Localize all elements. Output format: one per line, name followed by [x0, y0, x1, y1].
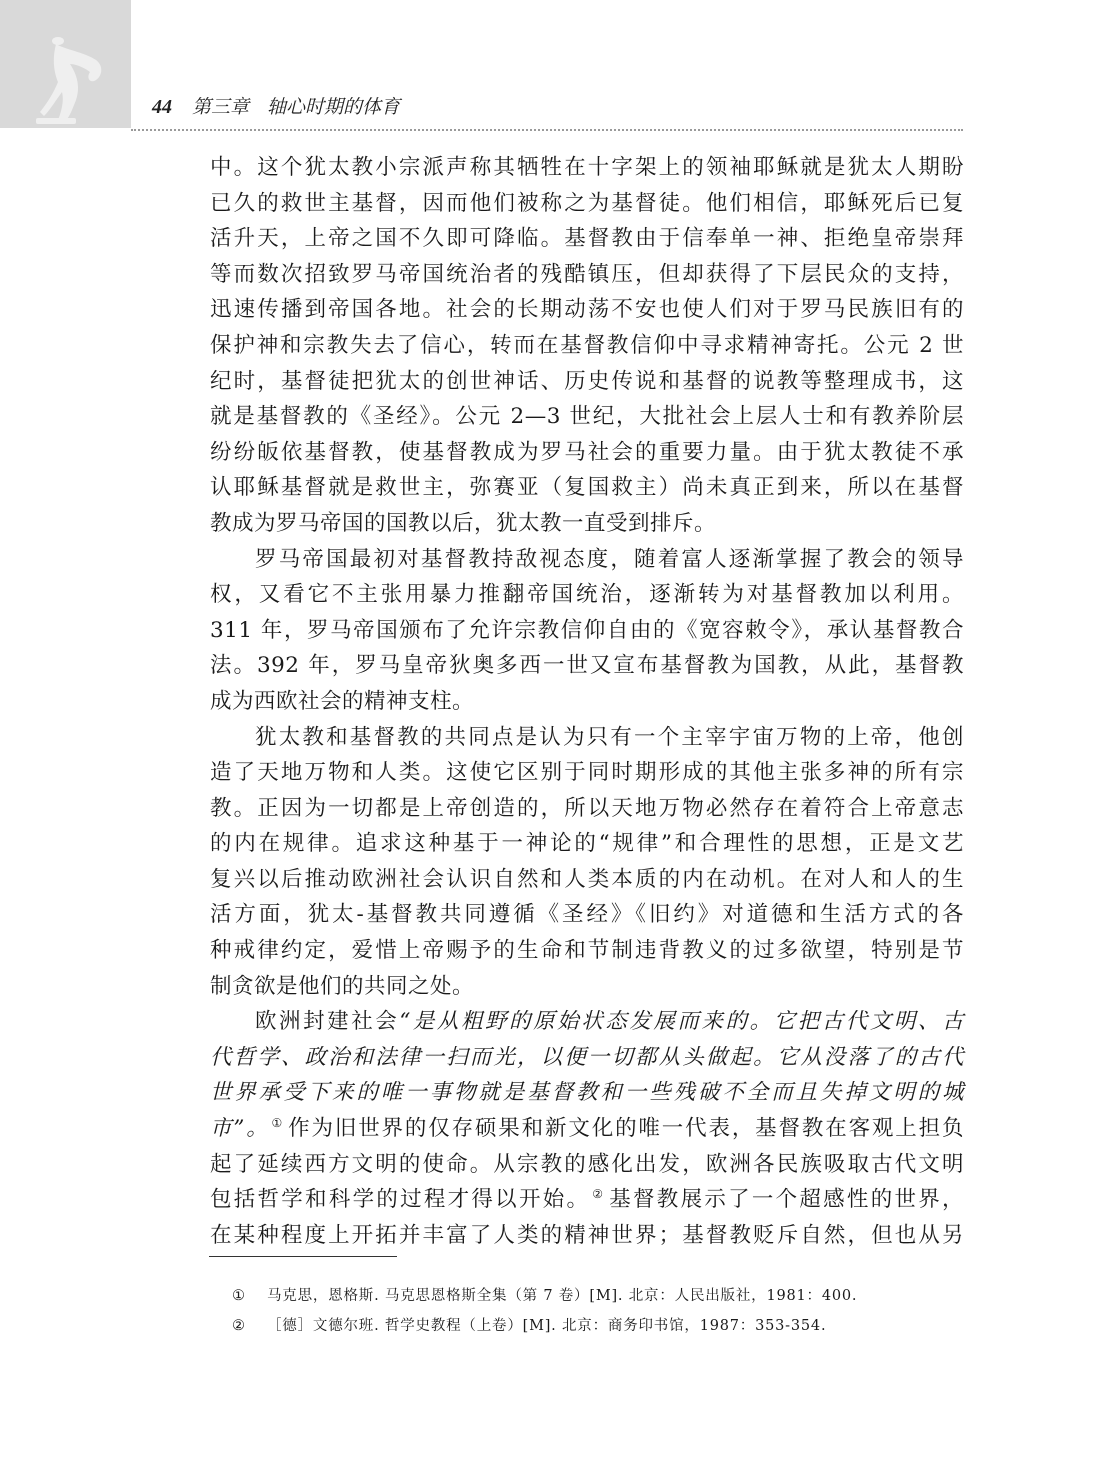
- header-divider: [131, 129, 963, 131]
- text-line: 的内在规律。追求这种基于一神论的“规律”和合理性的思想，正是文艺: [210, 826, 964, 862]
- footnote-1: ① 马克思，恩格斯. 马克思恩格斯全集（第 7 卷）[M]. 北京：人民出版社，…: [232, 1281, 972, 1311]
- text-line: 法。392 年，罗马皇帝狄奥多西一世又宣布基督教为国教，从此，基督教: [210, 648, 964, 684]
- footnote-divider: [209, 1256, 397, 1257]
- page-number: 44: [152, 96, 172, 119]
- footnote-ref-1[interactable]: ①: [272, 1116, 285, 1130]
- footnote-ref-2[interactable]: ②: [592, 1187, 605, 1201]
- text-line: 保护神和宗教失去了信心，转而在基督教信仰中寻求精神寄托。公元 2 世: [210, 328, 964, 364]
- text-line: 种戒律约定，爱惜上帝赐予的生命和节制违背教义的过多欲望，特别是节: [210, 933, 964, 969]
- text-line: 犹太教和基督教的共同点是认为只有一个主宰宇宙万物的上帝，他创: [210, 720, 964, 756]
- text-line: 权，又看它不主张用暴力推翻帝国统治，逐渐转为对基督教加以利用。: [210, 577, 964, 613]
- text-line: 复兴以后推动欧洲社会认识自然和人类本质的内在动机。在对人和人的生: [210, 862, 964, 898]
- footnote-2: ② ［德］文德尔班. 哲学史教程（上卷）[M]. 北京：商务印书馆，1987：3…: [232, 1311, 972, 1341]
- text-line: 造了天地万物和人类。这使它区别于同时期形成的其他主张多神的所有宗: [210, 755, 964, 791]
- text-line: 欧洲封建社会“是从粗野的原始状态发展而来的。它把古代文明、古: [210, 1004, 964, 1040]
- text-line: 纪时，基督徒把犹太的创世神话、历史传说和基督的说教等整理成书，这: [210, 364, 964, 400]
- text-line: 市”。①作为旧世界的仅存硕果和新文化的唯一代表，基督教在客观上担负: [210, 1111, 964, 1147]
- text-line: 等而数次招致罗马帝国统治者的残酷镇压，但却获得了下层民众的支持，: [210, 257, 964, 293]
- text-line: 起了延续西方文明的使命。从宗教的感化出发，欧洲各民族吸取古代文明: [210, 1147, 964, 1183]
- text-line: 纷纷皈依基督教，使基督教成为罗马社会的重要力量。由于犹太教徒不承: [210, 435, 964, 471]
- paragraphs-1-3: 中。这个犹太教小宗派声称其牺牲在十字架上的领袖耶稣就是犹太人期盼已久的救世主基督…: [210, 150, 964, 1004]
- text-line: 中。这个犹太教小宗派声称其牺牲在十字架上的领袖耶稣就是犹太人期盼: [210, 150, 964, 186]
- body-text: 中。这个犹太教小宗派声称其牺牲在十字架上的领袖耶稣就是犹太人期盼已久的救世主基督…: [210, 150, 964, 1253]
- discus-thrower-icon: [0, 0, 131, 128]
- text-line: 包括哲学和科学的过程才得以开始。②基督教展示了一个超感性的世界，: [210, 1182, 964, 1218]
- footnote-text: ［德］文德尔班. 哲学史教程（上卷）[M]. 北京：商务印书馆，1987：353…: [267, 1311, 826, 1341]
- text-line: 活方面，犹太-基督教共同遵循《圣经》《旧约》对道德和生活方式的各: [210, 897, 964, 933]
- text-line: 世界承受下来的唯一事物就是基督教和一些残破不全而且失掉文明的城: [210, 1075, 964, 1111]
- footnote-text: 马克思，恩格斯. 马克思恩格斯全集（第 7 卷）[M]. 北京：人民出版社，19…: [267, 1281, 857, 1311]
- footnote-mark: ①: [232, 1281, 267, 1311]
- text-line: 教成为罗马帝国的国教以后，犹太教一直受到排斥。: [210, 506, 964, 542]
- text-line: 成为西欧社会的精神支柱。: [210, 684, 964, 720]
- running-head: 44 第三章 轴心时期的体育: [152, 92, 400, 122]
- text-line: 代哲学、政治和法律一扫而光，以便一切都从头做起。它从没落了的古代: [210, 1040, 964, 1076]
- text-line: 迅速传播到帝国各地。社会的长期动荡不安也使人们对于罗马民族旧有的: [210, 292, 964, 328]
- text-line: 活升天，上帝之国不久即可降临。基督教由于信奉单一神、拒绝皇帝崇拜: [210, 221, 964, 257]
- chapter-title: 轴心时期的体育: [267, 92, 400, 119]
- footnote-mark: ②: [232, 1311, 267, 1341]
- text-line: 认耶稣基督就是救世主，弥赛亚（复国救主）尚未真正到来，所以在基督: [210, 470, 964, 506]
- header-decoration: [0, 0, 131, 128]
- text-line: 311 年，罗马帝国颁布了允许宗教信仰自由的《宽容敕令》，承认基督教合: [210, 613, 964, 649]
- text-line: 就是基督教的《圣经》。公元 2—3 世纪，大批社会上层人士和有教养阶层: [210, 399, 964, 435]
- text-line: 罗马帝国最初对基督教持敌视态度，随着富人逐渐掌握了教会的领导: [210, 542, 964, 578]
- text-line: 已久的救世主基督，因而他们被称之为基督徒。他们相信，耶稣死后已复: [210, 186, 964, 222]
- text-line: 制贪欲是他们的共同之处。: [210, 969, 964, 1005]
- footnotes: ① 马克思，恩格斯. 马克思恩格斯全集（第 7 卷）[M]. 北京：人民出版社，…: [232, 1281, 972, 1341]
- chapter-label: 第三章: [192, 92, 249, 119]
- quotation: “是从粗野的原始状态发展而来的。它把古代文明、古: [399, 1009, 964, 1034]
- text-line: 在某种程度上开拓并丰富了人类的精神世界；基督教贬斥自然，但也从另: [210, 1218, 964, 1254]
- text-line: 教。正因为一切都是上帝创造的，所以天地万物必然存在着符合上帝意志: [210, 791, 964, 827]
